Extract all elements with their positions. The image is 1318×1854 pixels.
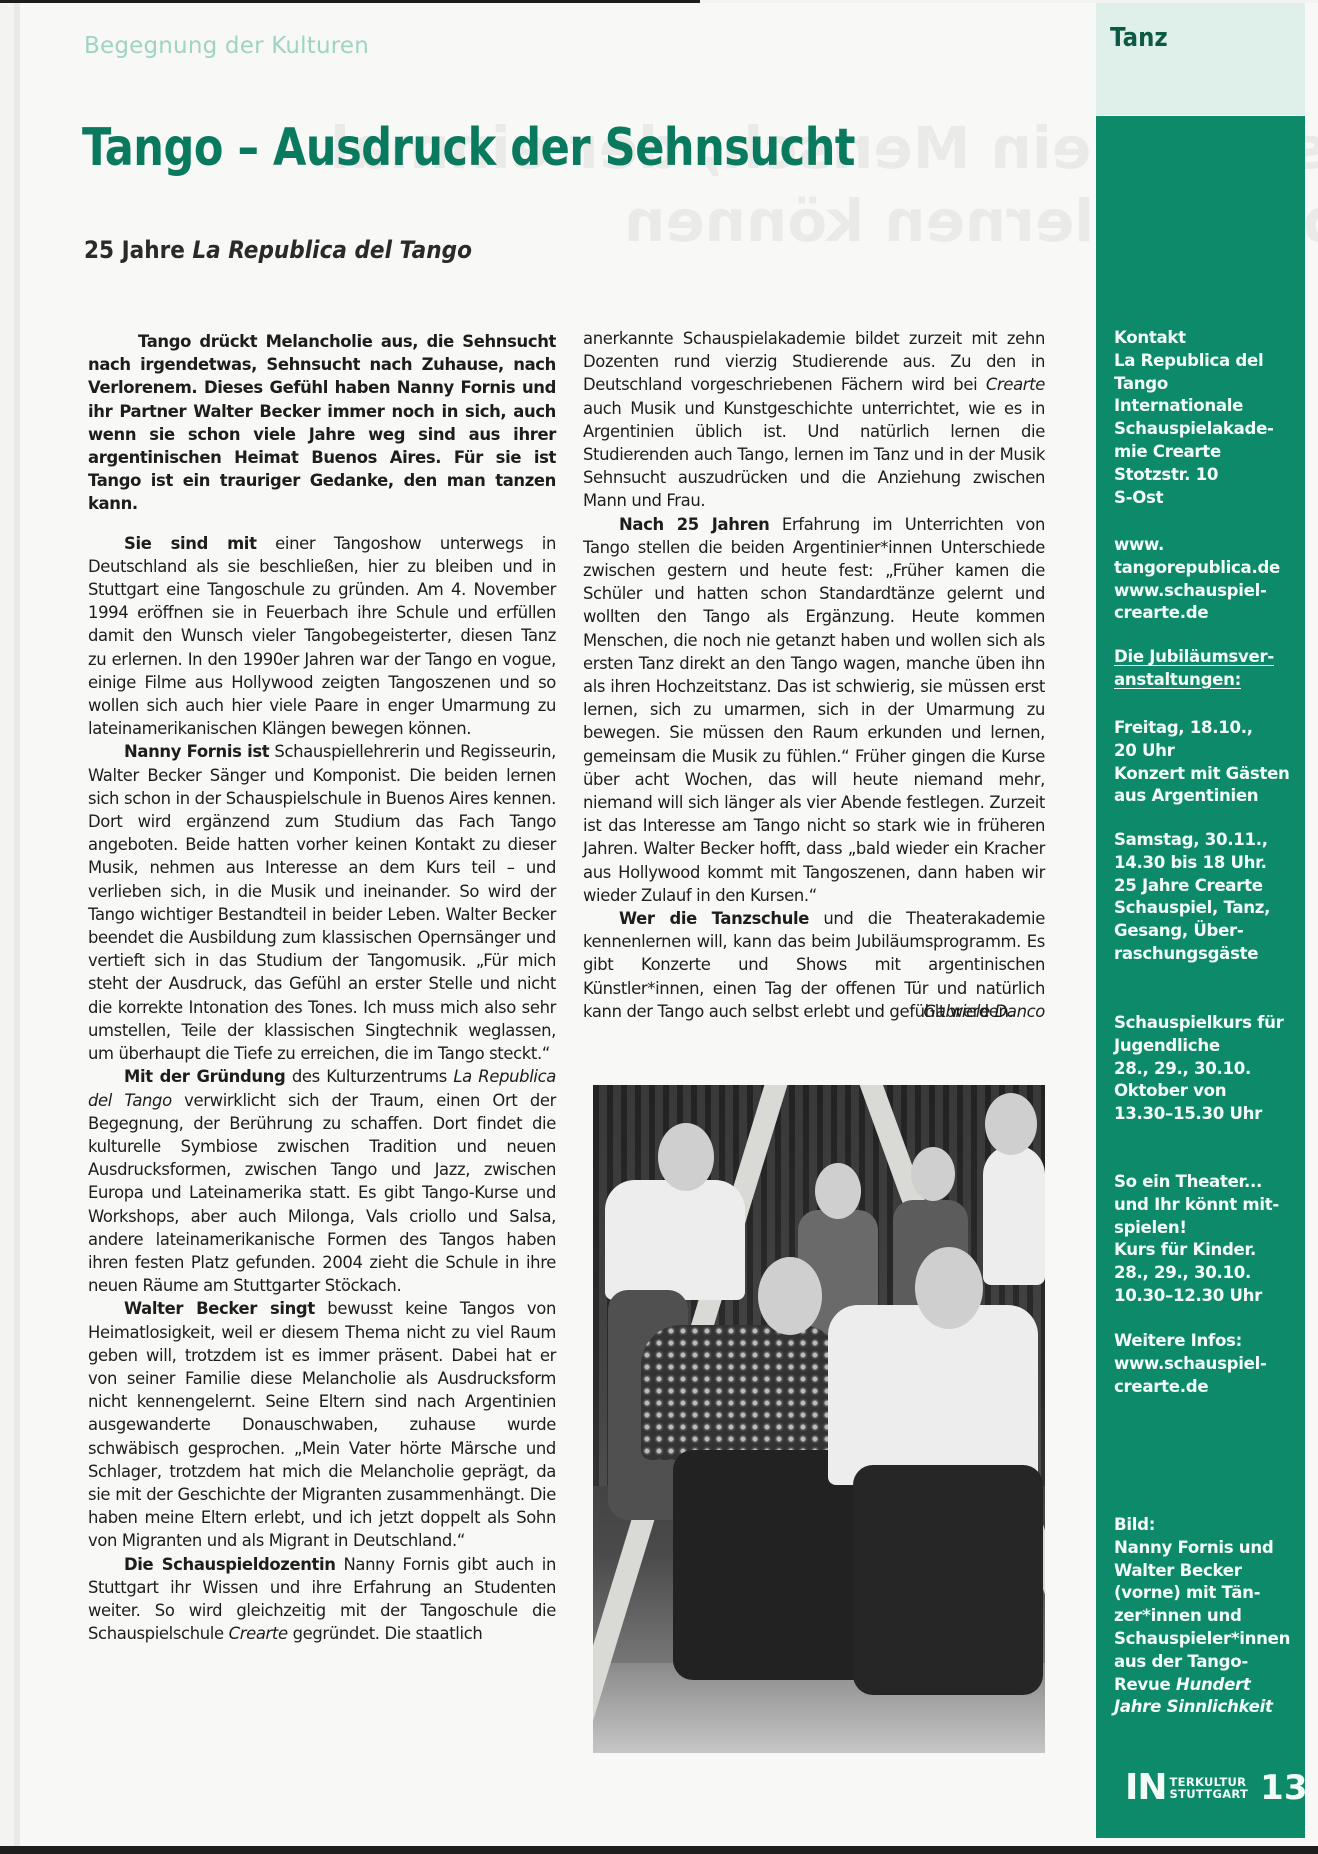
paragraph-italic: Crearte [986,375,1045,394]
paragraph: Die Schauspieldozentin Nanny Fornis gibt… [88,1553,556,1646]
caption-label: Bild: [1114,1514,1304,1537]
event-concert: Freitag, 18.10., 20 Uhr Konzert mit Gäst… [1114,717,1304,808]
article-subtitle: 25 Jahre La Republica del Tango [84,236,472,264]
group-photo [593,1085,1045,1753]
contact-district: S-Ost [1114,487,1304,510]
event-title: spielen! [1114,1217,1304,1240]
paragraph-lead-in: Nanny Fornis ist [124,742,269,761]
section-label: Tanz [1110,23,1168,53]
caption-italic: Hundert [1176,1675,1251,1694]
contact-line: Schauspielakade- [1114,418,1304,441]
paragraph-lead-in: Nach 25 Jahren [619,515,769,534]
paragraph-lead-in: Wer die Tanzschule [619,909,809,928]
page-number: 13 [1260,1771,1307,1805]
event-title: und Ihr könnt mit- [1114,1194,1304,1217]
paragraph: Sie sind mit einer Tangoshow unterwegs i… [88,532,556,741]
website-link[interactable]: www.schauspiel- [1114,1353,1304,1376]
person-back-left [605,1180,745,1300]
paragraph-text: des Kulturzentrums [285,1067,453,1086]
event-date: 28., 29., 30.10. [1114,1058,1304,1081]
caption-line: Walter Becker [1114,1560,1304,1583]
contact-heading: Kontakt [1114,327,1304,350]
caption-line: (vorne) mit Tän- [1114,1582,1304,1605]
more-info-label: Weitere Infos: [1114,1330,1304,1353]
event-time: 10.30–12.30 Uhr [1114,1285,1304,1308]
event-detail: Gesang, Über- [1114,920,1304,943]
photo-caption: Bild: Nanny Fornis und Walter Becker (vo… [1114,1514,1304,1719]
paragraph-lead-in: Sie sind mit [124,534,257,553]
caption-italic: Jahre Sinnlichkeit [1114,1696,1304,1719]
paragraph-text: bewusst keine Tangos von Heimatlosigkeit… [88,1299,556,1550]
paragraph-lead-in: Mit der Gründung [124,1067,285,1086]
paragraph-text: einer Tangoshow unterwegs in Deutschland… [88,534,556,739]
more-info-block: Weitere Infos: www.schauspiel- crearte.d… [1114,1330,1304,1398]
website-link[interactable]: www.schauspiel- [1114,580,1304,603]
events-heading-line: Die Jubiläumsver- [1114,646,1304,669]
caption-text: Revue [1114,1675,1176,1694]
event-kids-course: So ein Theater... und Ihr könnt mit- spi… [1114,1171,1304,1308]
logo-line-2: STUTTGART [1170,1787,1249,1801]
person-front-woman-head [758,1257,822,1335]
paragraph: anerkannte Schauspielakademie bildet zur… [583,327,1045,513]
event-title: 25 Jahre Crearte [1114,875,1304,898]
paragraph-lead-in: Walter Becker singt [124,1299,315,1318]
event-time: 13.30–15.30 Uhr [1114,1103,1304,1126]
website-link[interactable]: crearte.de [1114,602,1304,625]
paragraph: Nach 25 Jahren Erfahrung im Unterrichten… [583,513,1045,907]
event-title: Konzert mit Gästen [1114,763,1304,786]
person-front-woman-top [641,1325,841,1460]
event-date: Oktober von [1114,1080,1304,1103]
website-link[interactable]: crearte.de [1114,1376,1304,1399]
person-front-man-trousers [853,1465,1043,1695]
person-front-man-shirt [828,1305,1038,1485]
website-link[interactable]: tangorepublica.de [1114,557,1304,580]
logo-text: TERKULTURSTUTTGART [1170,1776,1249,1800]
paragraph: Walter Becker singt bewusst keine Tangos… [88,1297,556,1552]
paragraph-text: auch Musik und Kunstgeschichte unterrich… [583,399,1045,511]
paragraph-text: anerkannte Schauspielakademie bildet zur… [583,329,1045,394]
logo-in: IN [1125,1770,1167,1806]
event-date: 28., 29., 30.10. [1114,1262,1304,1285]
caption-line: Revue Hundert [1114,1674,1304,1697]
person-top-right [983,1145,1045,1285]
contact-block: Kontakt La Republica del Tango Internati… [1114,327,1304,509]
event-detail: raschungsgäste [1114,943,1304,966]
event-title: Schauspielkurs für [1114,1012,1304,1035]
contact-line: Tango [1114,373,1304,396]
person-front-man-head [915,1247,983,1329]
caption-line: zer*innen und [1114,1605,1304,1628]
person-top-right-head [985,1093,1037,1155]
paragraph-text: Schauspiellehrerin und Regis­seurin, Wal… [88,742,556,1063]
paragraph: Mit der Gründung des Kulturzentrums La R… [88,1065,556,1297]
paragraph: Nanny Fornis ist Schauspiellehrerin und … [88,740,556,1065]
events-heading-line: anstaltungen: [1114,669,1304,692]
article-title: Tango – Ausdruck der Sehnsucht [82,118,855,178]
section-kicker: Begegnung der Kulturen [84,33,369,59]
paragraph-text: gegründet. Die staatlich [288,1624,483,1643]
event-anniversary: Samstag, 30.11., 14.30 bis 18 Uhr. 25 Ja… [1114,829,1304,966]
person-back-mid-head [815,1163,861,1219]
contact-address: Stotzstr. 10 [1114,464,1304,487]
section-tab: Tanz [1096,3,1305,115]
event-time: 14.30 bis 18 Uhr. [1114,852,1304,875]
caption-line: Nanny Fornis und [1114,1537,1304,1560]
person-back-right-head [911,1147,955,1201]
article-column-middle: anerkannte Schauspielakademie bildet zur… [583,327,1045,1023]
caption-line: Schauspieler*innen [1114,1628,1304,1651]
paragraph-lead-in: Die Schauspieldozentin [124,1555,336,1574]
event-title: Jugendliche [1114,1035,1304,1058]
contact-line: La Republica del [1114,350,1304,373]
article-column-left: Tango drückt Melancholie aus, die Sehnsu… [88,330,556,1645]
website-link[interactable]: www. [1114,534,1304,557]
links-block: www. tangorepublica.de www.schauspiel- c… [1114,534,1304,625]
paragraph-text: verwirklicht sich der Traum, einen Ort d… [88,1091,556,1296]
caption-line: aus der Tango- [1114,1651,1304,1674]
event-detail: Schauspiel, Tanz, [1114,897,1304,920]
event-time: 20 Uhr [1114,740,1304,763]
contact-line: Internationale [1114,395,1304,418]
event-detail: Kurs für Kinder. [1114,1239,1304,1262]
subtitle-prefix: 25 Jahre [84,236,192,264]
event-youth-course: Schauspielkurs für Jugendliche 28., 29.,… [1114,1012,1304,1126]
person-back-left-head [658,1123,714,1191]
article-lead: Tango drückt Melancholie aus, die Sehnsu… [88,330,556,516]
events-heading: Die Jubiläumsver- anstaltungen: [1114,646,1304,692]
info-sidebar: Kontakt La Republica del Tango Internati… [1096,116,1305,1838]
magazine-logo: IN TERKULTURSTUTTGART 13 [1125,1770,1308,1806]
contact-line: mie Crearte [1114,441,1304,464]
subtitle-italic: La Republica del Tango [192,236,472,264]
paragraph-text: Erfahrung im Unterrichten von Tango stel… [583,515,1045,905]
event-title: So ein Theater... [1114,1171,1304,1194]
paragraph-italic: Crearte [229,1624,288,1643]
event-date: Freitag, 18.10., [1114,717,1304,740]
scan-edge-bottom [0,1846,1318,1854]
event-title: aus Argentinien [1114,785,1304,808]
event-date: Samstag, 30.11., [1114,829,1304,852]
